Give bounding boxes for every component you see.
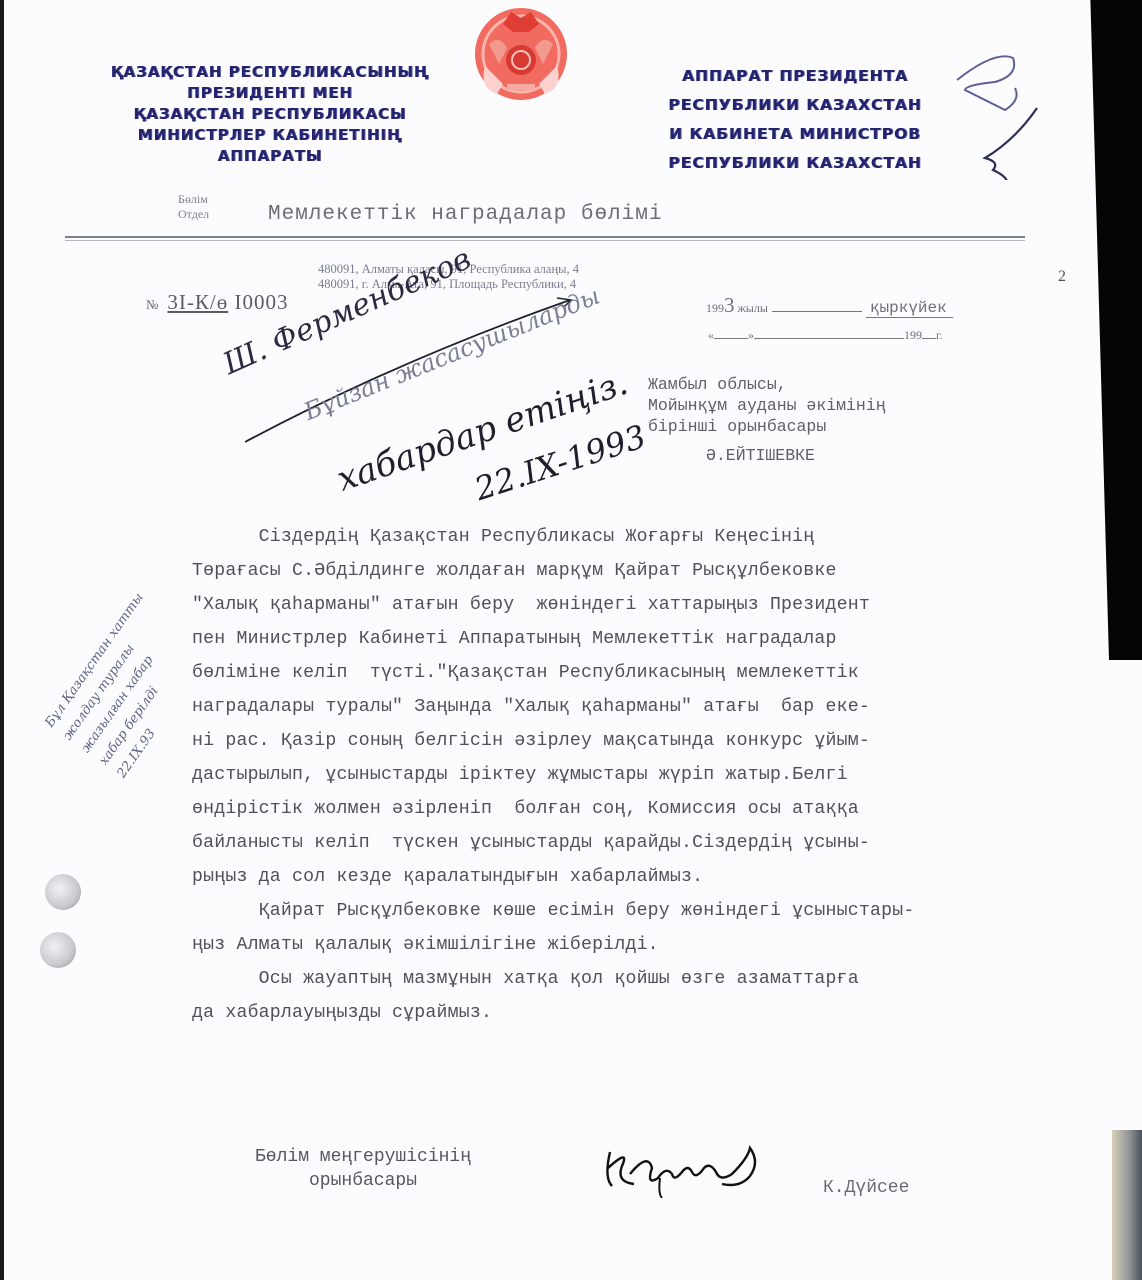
body-line: Қайрат Рысқұлбековке көше есімін беру жө… bbox=[192, 894, 1042, 928]
year-prefix: 199 bbox=[706, 301, 724, 315]
body-line: ңыз Алматы қалалық әкімшілігіне жіберілд… bbox=[192, 928, 1042, 962]
year-suffix: 199 bbox=[904, 328, 922, 342]
blank-day bbox=[714, 338, 748, 339]
addressee-line: бірінші орынбасары bbox=[648, 416, 886, 437]
body-line: Сіздердің Қазақстан Республикасы Жоғарғы… bbox=[192, 520, 1042, 554]
addressee-line: Мойынқұм ауданы әкімінің bbox=[648, 395, 886, 416]
body-line: өндірістік жолмен әзірленіп болған соң, … bbox=[192, 792, 1042, 826]
body-line: наградалары туралы" Заңында "Халық қаһар… bbox=[192, 690, 1042, 724]
letterhead-line: АППАРАТЫ bbox=[80, 146, 460, 167]
letterhead-line: И КАБИНЕТА МИНИСТРОВ bbox=[650, 120, 940, 149]
year-abbrev: г. bbox=[936, 328, 943, 342]
letterhead-divider bbox=[65, 236, 1025, 238]
registration-code: 3I-К/ө bbox=[167, 290, 228, 314]
signatory-title: Бөлім меңгерушісінің орынбасары bbox=[255, 1145, 471, 1193]
letterhead-line: РЕСПУБЛИКИ КАЗАХСТАН bbox=[650, 149, 940, 178]
department-labels: Бөлім Отдел bbox=[178, 192, 209, 222]
signatory-name: К.Дүйсее bbox=[823, 1178, 909, 1198]
punch-hole bbox=[45, 874, 81, 910]
letterhead-russian: АППАРАТ ПРЕЗИДЕНТА РЕСПУБЛИКИ КАЗАХСТАН … bbox=[650, 62, 940, 178]
signatory-title-line: орынбасары bbox=[255, 1169, 471, 1193]
body-line: пен Министрлер Кабинеті Аппаратының Мемл… bbox=[192, 622, 1042, 656]
photo-edge-left bbox=[0, 0, 4, 1280]
addressee-block: Жамбыл облысы, Мойынқұм ауданы әкімінің … bbox=[648, 374, 886, 466]
letterhead-divider-thin bbox=[65, 240, 1025, 241]
date-line-kz: 1993 жылықыркүйек bbox=[706, 293, 953, 318]
blank-line bbox=[772, 311, 862, 312]
year-digit: 3 bbox=[724, 293, 735, 317]
letter-body: Сіздердің Қазақстан Республикасы Жоғарғы… bbox=[192, 520, 1042, 1030]
body-line: Осы жауаптың мазмұнын хатқа қол қойшы өз… bbox=[192, 962, 1042, 996]
body-line: байланысты келіп түскен ұсыныстарды қара… bbox=[192, 826, 1042, 860]
body-line: дастырылып, ұсыныстарды іріктеу жұмыстар… bbox=[192, 758, 1042, 792]
department-name: Мемлекеттік наградалар бөлімі bbox=[268, 203, 662, 226]
body-line: да хабарлауыңызды сұраймыз. bbox=[192, 996, 1042, 1030]
letterhead-line: ПРЕЗИДЕНТІ МЕН bbox=[80, 83, 460, 104]
number-sign: № bbox=[146, 297, 159, 312]
body-line: "Халық қаһарманы" атағын беру жөніндегі … bbox=[192, 588, 1042, 622]
blank-year bbox=[922, 338, 936, 339]
letterhead-line: АППАРАТ ПРЕЗИДЕНТА bbox=[650, 62, 940, 91]
body-line: рыңыз да сол кезде қаралатындығын хабарл… bbox=[192, 860, 1042, 894]
letterhead-kazakh: ҚАЗАҚСТАН РЕСПУБЛИКАСЫНЫҢ ПРЕЗИДЕНТІ МЕН… bbox=[80, 62, 460, 167]
addressee-name: Ә.ЕЙТІШЕВКЕ bbox=[648, 445, 886, 466]
letterhead-line: МИНИСТРЛЕР КАБИНЕТІНІҢ bbox=[80, 125, 460, 146]
letterhead-line: ҚАЗАҚСТАН РЕСПУБЛИКАСЫ bbox=[80, 104, 460, 125]
year-word: жылы bbox=[738, 301, 768, 315]
signatory-title-line: Бөлім меңгерушісінің bbox=[255, 1145, 471, 1169]
department-label-kz: Бөлім bbox=[178, 192, 209, 207]
punch-hole bbox=[40, 932, 76, 968]
quote-close: » bbox=[748, 328, 754, 342]
document-page: ҚАЗАҚСТАН РЕСПУБЛИКАСЫНЫҢ ПРЕЗИДЕНТІ МЕН… bbox=[0, 0, 1142, 1280]
quote-open: « bbox=[708, 328, 714, 342]
month-value: қыркүйек bbox=[866, 299, 953, 318]
addressee-line: Жамбыл облысы, bbox=[648, 374, 886, 395]
department-label-ru: Отдел bbox=[178, 207, 209, 222]
blank-month bbox=[754, 338, 904, 339]
photo-edge-bottom-right bbox=[1112, 1130, 1142, 1280]
handwritten-mark-corner bbox=[955, 40, 1040, 180]
letterhead-line: РЕСПУБЛИКИ КАЗАХСТАН bbox=[650, 91, 940, 120]
state-emblem-icon bbox=[459, 4, 583, 106]
letterhead-line: ҚАЗАҚСТАН РЕСПУБЛИКАСЫНЫҢ bbox=[80, 62, 460, 83]
body-line: ні рас. Қазір соның белгісін әзірлеу мақ… bbox=[192, 724, 1042, 758]
body-line: бөліміне келіп түсті."Қазақстан Республи… bbox=[192, 656, 1042, 690]
handwritten-signature-icon bbox=[600, 1138, 780, 1198]
page-mark: 2 bbox=[1058, 268, 1066, 286]
date-line-ru: «»199г. bbox=[708, 328, 943, 343]
photo-background-right bbox=[1082, 0, 1142, 660]
body-line: Төрағасы С.Әбділдинге жолдаған марқұм Қа… bbox=[192, 554, 1042, 588]
